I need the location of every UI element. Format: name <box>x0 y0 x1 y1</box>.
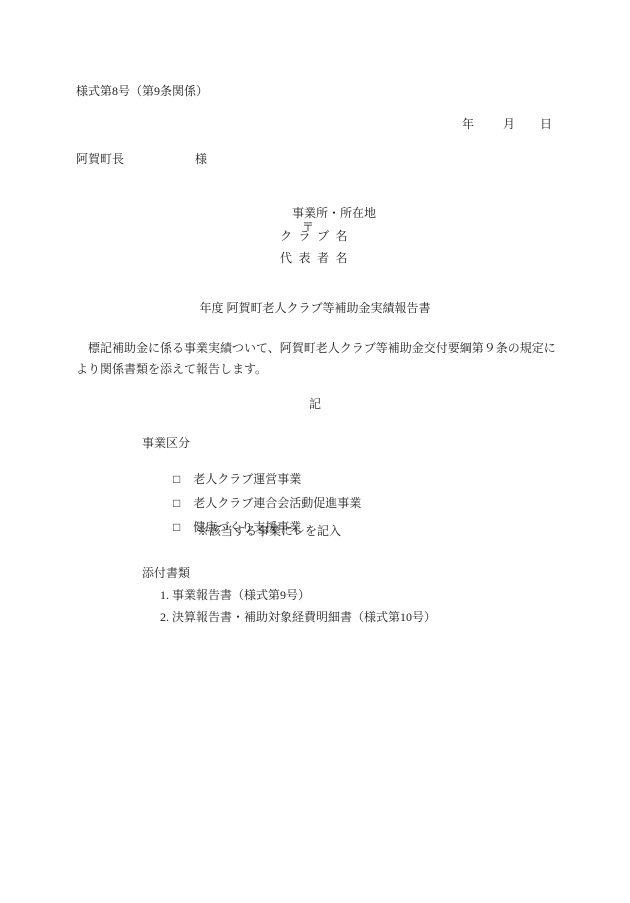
checkbox-icon[interactable]: □ <box>173 520 180 534</box>
attachments-heading: 添付書類 <box>142 566 190 580</box>
date-line: 年 月 日 <box>462 117 552 131</box>
office-address-label: 事業所・所在地 <box>292 206 376 220</box>
business-category-heading: 事業区分 <box>142 436 190 450</box>
checkbox-instruction-note: ※該当する事業にレを記入 <box>197 524 341 538</box>
form-number: 様式第8号（第9条関係） <box>76 84 208 98</box>
attachment-item: 1. 事業報告書（様式第9号） <box>160 588 310 602</box>
document-page: 様式第8号（第9条関係） 年 月 日 阿賀町長 様 事業所・所在地 〒 クラブ名… <box>0 0 630 903</box>
date-month-label: 月 <box>503 117 515 131</box>
representative-name-label: 代表者名 <box>280 251 354 265</box>
body-paragraph-line1: 標記補助金に係る事業実績ついて、阿賀町老人クラブ等補助金交付要綱第９条の規定に <box>76 341 556 355</box>
date-year-label: 年 <box>462 117 474 131</box>
addressee-name: 阿賀町長 <box>76 152 124 166</box>
addressee-honorific: 様 <box>195 152 207 166</box>
separator-ki: 記 <box>0 397 630 411</box>
date-day-label: 日 <box>540 117 552 131</box>
document-title: 年度 阿賀町老人クラブ等補助金実績報告書 <box>0 301 630 315</box>
attachment-item: 2. 決算報告書・補助対象経費明細書（様式第10号） <box>160 610 436 624</box>
club-name-label: クラブ名 <box>280 229 354 243</box>
body-paragraph-line2: より関係書類を添えて報告します。 <box>76 362 267 376</box>
